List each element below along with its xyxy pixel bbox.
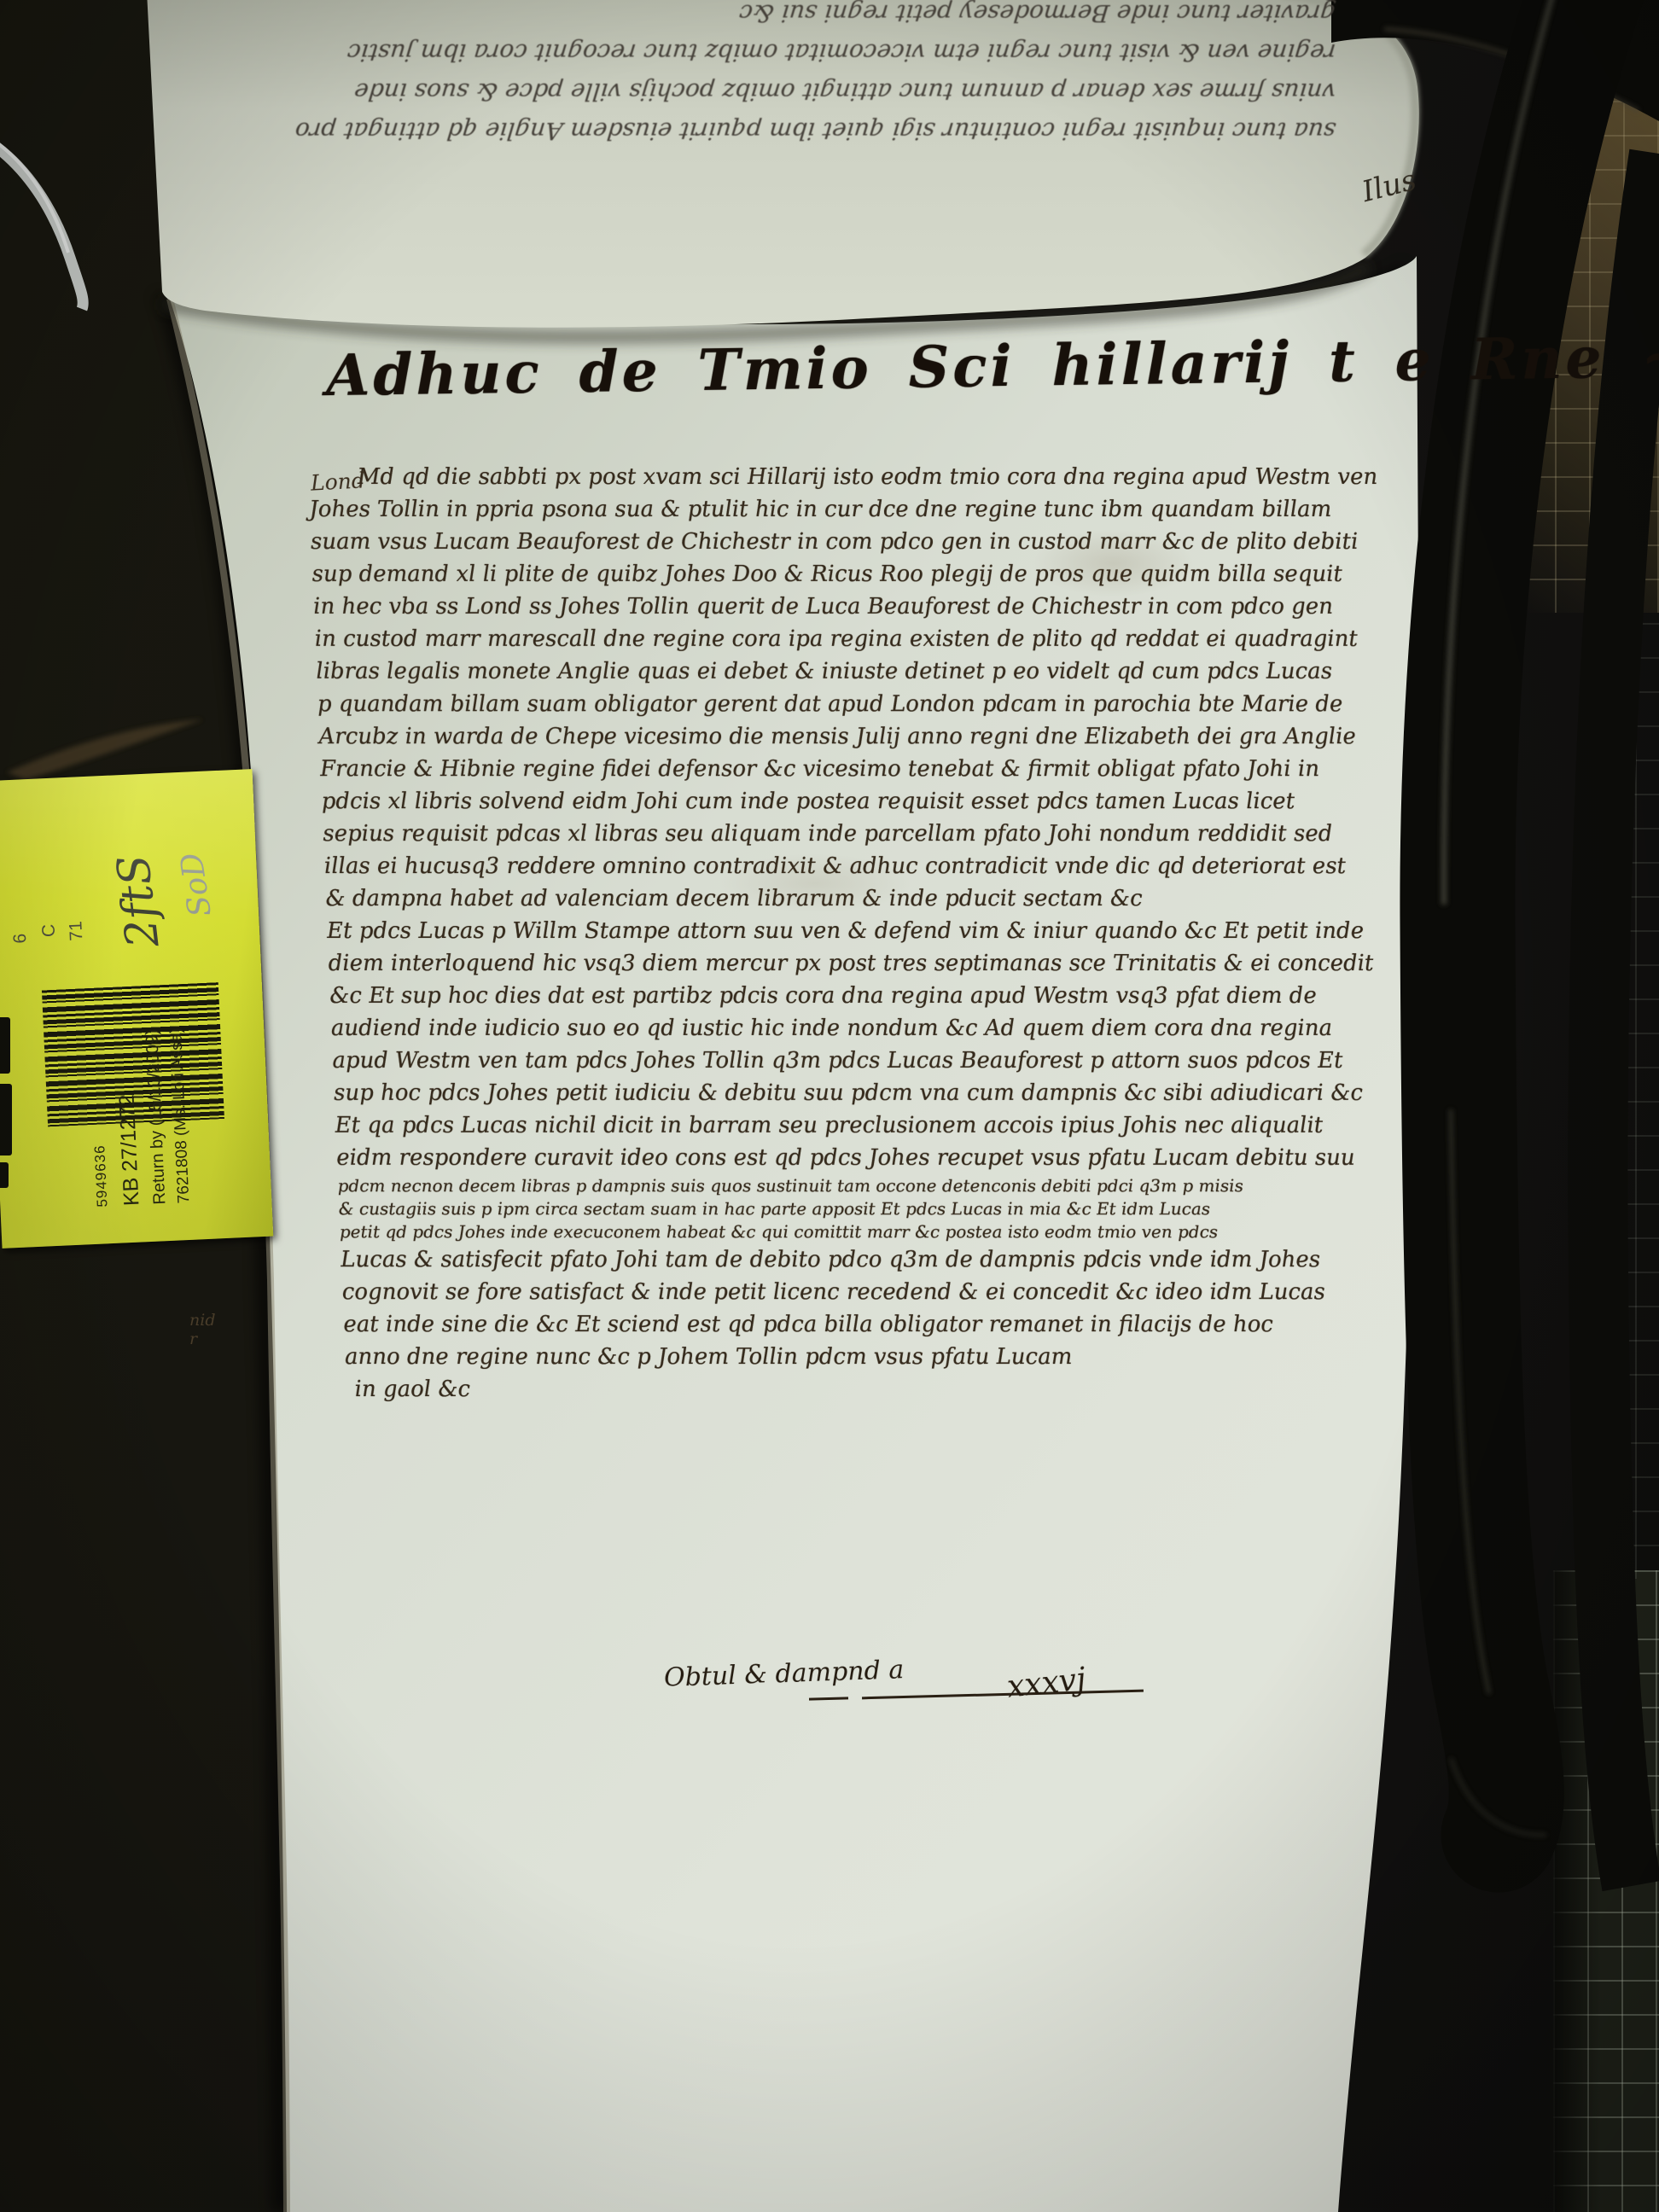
body-text-line: Et pdcs Lucas p Willm Stampe attorn suu … [326, 915, 1446, 947]
cutoff-print-fragment [0, 1162, 9, 1188]
body-text-line: Lucas & satisfecit pfato Johi tam de deb… [340, 1243, 1459, 1276]
label-requisition: 7621808 (Ms. Lori Assa) [167, 1027, 194, 1204]
label-shelf-mark: C [38, 923, 60, 937]
body-text-line: pdcm necnon decem libras p dampnis suis … [337, 1174, 1456, 1197]
body-text-line: in hec vba ss Lond ss Johes Tollin queri… [312, 591, 1432, 623]
strap-outer-band [1598, 154, 1659, 1886]
body-text-line: Et qa pdcs Lucas nichil dicit in barram … [335, 1109, 1454, 1142]
body-text-line: diem interloquend hic vsq3 diem mercur p… [328, 947, 1447, 980]
body-text-line: eidm respondere curavit ideo cons est qd… [335, 1142, 1455, 1174]
ribbon [0, 143, 83, 309]
label-shelf-mark: 6 [10, 933, 32, 944]
body-text-line: illas ei hucusq3 reddere omnino contradi… [323, 850, 1443, 882]
overleaf-line: graviter tunc inde Bermodesey petit regn… [190, 0, 1338, 32]
label-return-by: Return by (15/10/2009) [143, 1028, 170, 1205]
body-text-line: cognovit se fore satisfact & inde petit … [341, 1276, 1461, 1308]
margin-note-small: nid r [189, 1311, 215, 1348]
body-text-line: in custod marr marescall dne regine cora… [314, 623, 1434, 655]
body-text-line: apud Westm ven tam pdcs Johes Tollin q3m… [332, 1045, 1452, 1077]
overleaf-line: regine ven & visit tunc regni etm viceco… [190, 32, 1338, 72]
photo-of-plea-roll: sua tunc inquisit regni contintur sigi q… [0, 0, 1659, 2212]
body-text-line: & dampna habet ad valenciam decem librar… [325, 882, 1445, 915]
label-barcode-number: 5949636 [91, 1144, 111, 1208]
cutoff-print-fragment [0, 1084, 12, 1155]
cutoff-print-fragment [0, 1017, 10, 1074]
body-text-line: sepius requisit pdcas xl libras seu aliq… [323, 818, 1442, 850]
body-text-line: anno dne regine nunc &c p Johem Tollin p… [344, 1341, 1464, 1373]
label-shelf-mark: 71 [66, 921, 87, 941]
body-text-line: & custagiis suis p ipm circa sectam suam… [338, 1197, 1457, 1220]
body-text-line: p quandam billam suam obligator gerent d… [317, 688, 1436, 720]
body-text-line: pdcis xl libris solvend eidm Johi cum in… [321, 785, 1441, 818]
body-text-line: Francie & Hibnie regine fidei defensor &… [319, 753, 1439, 785]
body-text-line: libras legalis monete Anglie quas ei deb… [316, 655, 1435, 688]
overleaf-text-upside-down: sua tunc inquisit regni contintur sigi q… [192, 0, 1336, 150]
body-text-line: Md qd die sabbti px post xvam sci Hillar… [357, 461, 1427, 493]
body-text-line: eat inde sine die &c Et sciend est qd pd… [343, 1308, 1463, 1341]
body-text-line: in gaol &c [354, 1373, 1465, 1406]
body-text-line: Arcubz in warda de Chepe vicesimo die me… [318, 720, 1438, 753]
overleaf-line: vnius firme sex denar p annum tunc attin… [190, 72, 1338, 111]
body-text-line: audiend inde iudicio suo eo qd iustic hi… [330, 1012, 1450, 1045]
body-text: Md qd die sabbti px post xvam sci Hillar… [307, 461, 1464, 1406]
overleaf-line: sua tunc inquisit regni contintur sigi q… [190, 111, 1338, 150]
debris-sliver [7, 719, 203, 780]
label-document-reference: KB 27/1272 [115, 1094, 145, 1207]
body-text-line: sup hoc pdcs Johes petit iudiciu & debit… [333, 1077, 1452, 1109]
label-handwritten-pen: 2ftS [108, 852, 169, 950]
body-text-line: &c Et sup hoc dies dat est partibz pdcis… [329, 980, 1448, 1012]
body-text-line: Johes Tollin in ppria psona sua & ptulit… [309, 493, 1429, 526]
barcode [42, 982, 224, 1126]
body-text-line: petit qd pdcs Johes inde execuconem habe… [339, 1220, 1458, 1243]
archive-request-label: 5949636 KB 27/1272 Return by (15/10/2009… [0, 769, 273, 1249]
label-handwritten-pencil: SoD [174, 850, 218, 918]
body-text-line: suam vsus Lucam Beauforest de Chichestr … [310, 526, 1429, 558]
body-text-line: sup demand xl li plite de quibz Johes Do… [311, 558, 1431, 591]
